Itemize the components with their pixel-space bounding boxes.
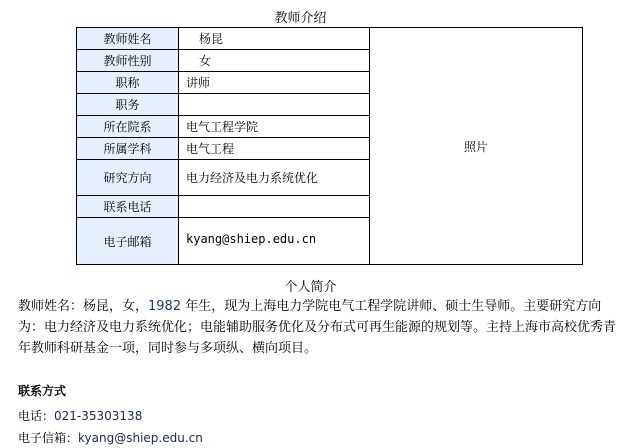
bio-text-start: 教师姓名：杨昆，女， [18, 299, 148, 314]
profile-table: 教师姓名 杨昆 照片 教师性别 女 职称 讲师 职务 所在院系 电气工程学院 所… [76, 27, 583, 265]
bio-paragraph: 教师姓名：杨昆，女，1982 年生，现为上海电力学院电气工程学院讲师、硕士生导师… [18, 296, 618, 359]
label-department: 所在院系 [77, 116, 179, 138]
value-position [179, 94, 370, 116]
bio-title: 个人简介 [0, 276, 621, 295]
label-gender: 教师性别 [77, 50, 179, 72]
value-email: kyang@shiep.edu.cn [179, 218, 370, 265]
email-label: 电子信箱： [18, 431, 78, 445]
value-research: 电力经济及电力系统优化 [179, 160, 370, 196]
email-value: kyang@shiep.edu.cn [78, 431, 203, 445]
phone-value: 021-35303138 [54, 409, 142, 423]
value-phone [179, 196, 370, 218]
photo-placeholder: 照片 [370, 28, 583, 265]
label-title: 职称 [77, 72, 179, 94]
value-department: 电气工程学院 [179, 116, 370, 138]
contact-heading: 联系方式 [18, 382, 66, 399]
label-name: 教师姓名 [77, 28, 179, 50]
phone-label: 电话： [18, 409, 54, 423]
contact-phone: 电话：021-35303138 [18, 407, 142, 424]
value-gender: 女 [179, 50, 370, 72]
label-email: 电子邮箱 [77, 218, 179, 265]
value-discipline: 电气工程 [179, 138, 370, 160]
label-phone: 联系电话 [77, 196, 179, 218]
contact-email: 电子信箱：kyang@shiep.edu.cn [18, 429, 203, 446]
profile-title: 教师介绍 [0, 7, 611, 26]
value-title: 讲师 [179, 72, 370, 94]
table-row: 教师姓名 杨昆 照片 [77, 28, 583, 50]
label-discipline: 所属学科 [77, 138, 179, 160]
label-position: 职务 [77, 94, 179, 116]
value-name: 杨昆 [179, 28, 370, 50]
label-research: 研究方向 [77, 160, 179, 196]
bio-year: 1982 [148, 299, 181, 314]
